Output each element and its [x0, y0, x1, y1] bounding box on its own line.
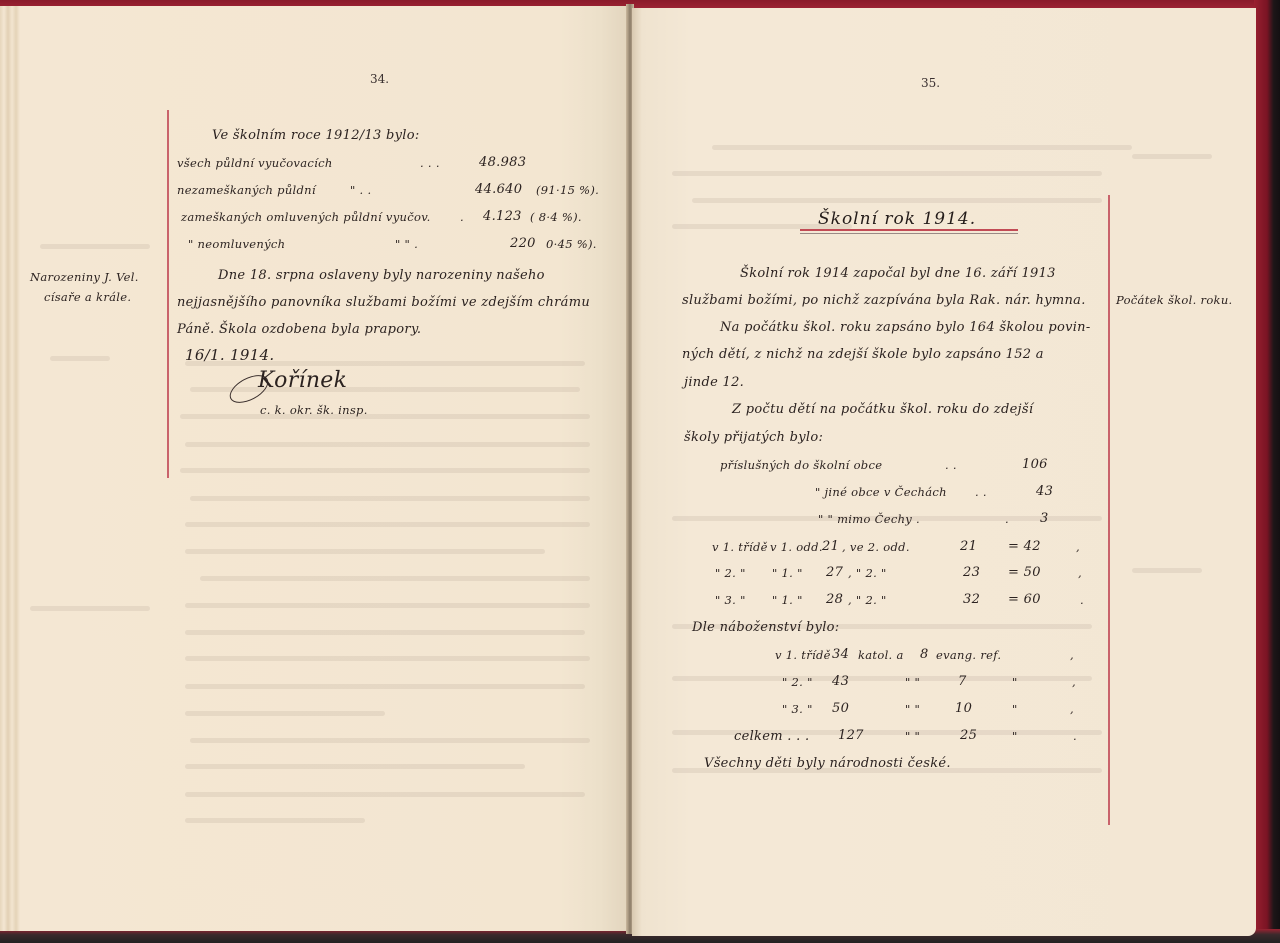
stat-dots: " " . — [395, 237, 418, 251]
evangelical-count: 10 — [955, 701, 972, 716]
division-label: , ve 2. odd. — [842, 540, 910, 554]
division-count: 28 — [826, 592, 843, 607]
stat-value: 44.640 — [475, 182, 522, 197]
page-number-right: 35. — [921, 76, 940, 90]
paragraph-line: nejjasnějšího panovníka službami božími … — [177, 295, 590, 310]
class-name: " 2. " — [715, 566, 746, 580]
religion-label: " — [1012, 729, 1018, 743]
paragraph-line: školy přijatých bylo: — [684, 430, 823, 445]
stat-percent: ( 8·4 %). — [530, 210, 582, 224]
stat-value: 4.123 — [483, 209, 522, 224]
division-count: 21 — [960, 539, 977, 554]
class-name: v 1. třídě — [712, 540, 768, 554]
class-total: = 42 — [1008, 539, 1041, 554]
row-end: , — [1070, 648, 1074, 662]
paragraph-line: jinde 12. — [684, 375, 744, 390]
stat-dots: . — [460, 210, 464, 224]
catholic-count: 127 — [838, 728, 864, 743]
stat-label: všech půldní vyučovacích — [177, 156, 333, 170]
religion-label: " " — [905, 675, 920, 689]
row-end: . — [1080, 593, 1084, 607]
class-total: = 50 — [1008, 565, 1041, 580]
row-end: , — [1070, 702, 1074, 716]
row-end: , — [1078, 566, 1082, 580]
class-name: " 2. " — [782, 675, 813, 689]
nationality-line: Všechny děti byly národnosti české. — [704, 756, 951, 771]
right-page — [632, 8, 1256, 936]
paragraph-line: Z počtu dětí na počátku škol. roku do zd… — [732, 402, 1033, 417]
catholic-count: 50 — [832, 701, 849, 716]
evangelical-count: 8 — [920, 647, 929, 662]
religion-label: " — [1012, 675, 1018, 689]
class-name: v 1. třídě — [775, 648, 831, 662]
row-end: , — [1072, 675, 1076, 689]
division-count: 32 — [963, 592, 980, 607]
division-label: " 1. " — [772, 566, 803, 580]
division-count: 23 — [963, 565, 980, 580]
signature-title: c. k. okr. šk. insp. — [260, 403, 368, 417]
section-title: Školní rok 1914. — [818, 209, 976, 229]
stat-dots: " . . — [350, 183, 371, 197]
religion-label: evang. ref. — [936, 648, 1001, 662]
paragraph-line: Na počátku škol. roku zapsáno bylo 164 š… — [720, 320, 1091, 335]
title-underline — [800, 229, 1018, 231]
origin-value: 43 — [1036, 484, 1053, 499]
religion-label: " " — [905, 729, 920, 743]
class-name: " 3. " — [782, 702, 813, 716]
stat-percent: (91·15 %). — [536, 183, 599, 197]
religion-label: " — [1012, 702, 1018, 716]
right-margin-line — [1108, 195, 1110, 825]
origin-label: příslušných do školní obce — [720, 458, 882, 472]
division-label: v 1. odd. — [770, 540, 823, 554]
religion-label: " " — [905, 702, 920, 716]
row-end: . — [1073, 729, 1077, 743]
stat-value: 220 — [510, 236, 536, 251]
stat-label: nezameškaných půldní — [177, 183, 316, 197]
religion-label: katol. a — [858, 648, 904, 662]
stat-percent: 0·45 %). — [546, 237, 597, 251]
division-label: " 1. " — [772, 593, 803, 607]
division-count: 27 — [826, 565, 843, 580]
stat-value: 48.983 — [479, 155, 526, 170]
intro-line: Ve školním roce 1912/13 bylo: — [212, 128, 420, 143]
origin-label: " jiné obce v Čechách — [815, 485, 947, 499]
class-name: celkem . . . — [734, 729, 809, 744]
origin-value: 106 — [1022, 457, 1048, 472]
margin-note-line: císaře a krále. — [44, 290, 131, 304]
origin-dots: . . — [945, 458, 957, 472]
paragraph-line: Páně. Škola ozdobena byla prapory. — [177, 322, 421, 337]
division-label: , " 2. " — [848, 566, 887, 580]
stat-label: zameškaných omluvených půldní vyučov. — [181, 210, 431, 224]
catholic-count: 34 — [832, 647, 849, 662]
left-page — [0, 6, 628, 931]
catholic-count: 43 — [832, 674, 849, 689]
division-count: 21 — [822, 539, 839, 554]
origin-dots: . — [1005, 512, 1009, 526]
evangelical-count: 7 — [958, 674, 967, 689]
division-label: , " 2. " — [848, 593, 887, 607]
cover-right — [1254, 0, 1280, 943]
signature-name: Kořínek — [258, 368, 347, 393]
row-end: , — [1076, 540, 1080, 554]
paragraph-line: Školní rok 1914 započal byl dne 16. září… — [740, 266, 1056, 281]
evangelical-count: 25 — [960, 728, 977, 743]
origin-label: " " mimo Čechy . — [818, 512, 920, 526]
left-margin-line — [167, 110, 169, 478]
stat-dots: . . . — [420, 156, 440, 170]
religion-intro: Dle náboženství bylo: — [692, 620, 839, 635]
entry-date: 16/1. 1914. — [185, 346, 274, 364]
origin-value: 3 — [1040, 511, 1049, 526]
paragraph-line: ných dětí, z nichž na zdejší škole bylo … — [682, 347, 1044, 362]
paragraph-line: Dne 18. srpna oslaveny byly narozeniny n… — [218, 268, 545, 283]
origin-dots: . . — [975, 485, 987, 499]
title-underline — [800, 233, 1018, 234]
stat-label: " neomluvených — [188, 237, 285, 251]
paragraph-line: službami božími, po nichž zazpívána byla… — [682, 293, 1086, 308]
margin-note-start: Počátek škol. roku. — [1116, 293, 1232, 307]
class-name: " 3. " — [715, 593, 746, 607]
margin-note-line: Narozeniny J. Vel. — [30, 270, 139, 284]
page-number-left: 34. — [370, 72, 389, 86]
class-total: = 60 — [1008, 592, 1041, 607]
